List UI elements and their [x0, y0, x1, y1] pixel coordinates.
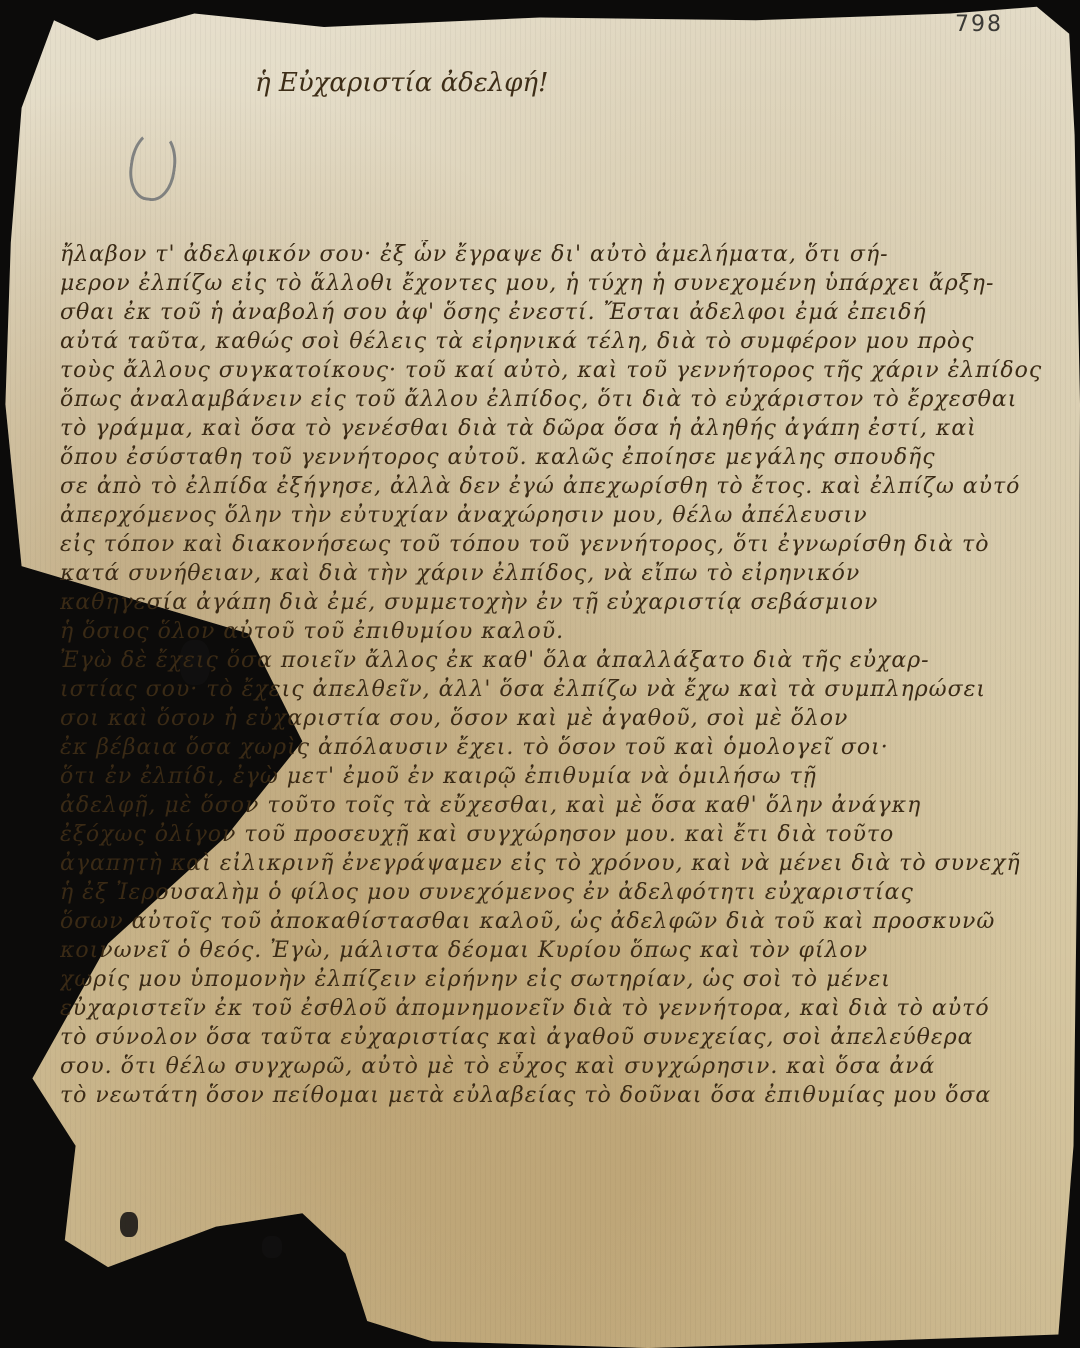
text-line: ὅσων αὐτοῖς τοῦ ἀποκαθίστασθαι καλοῦ, ὡς…	[60, 907, 1070, 936]
text-line: ἐξόχως ὀλίγον τοῦ προσευχῇ καὶ συγχώρησο…	[60, 820, 1070, 849]
folio-number: 798	[955, 12, 1003, 37]
text-line: σε ἀπὸ τὸ ἐλπίδα ἐξήγησε, ἀλλὰ δεν ἐγώ ἀ…	[60, 472, 1070, 501]
text-line: ἀγαπητὴ καὶ εἰλικρινῆ ἐνεγράψαμεν εἰς τὸ…	[60, 849, 1070, 878]
text-line: αὐτά ταῦτα, καθώς σοὶ θέλεις τὰ εἰρηνικά…	[60, 327, 1070, 356]
ink-stain	[120, 1212, 138, 1237]
text-line: ὅπως ἀναλαμβάνειν εἰς τοῦ ἄλλου ἐλπίδος,…	[60, 385, 1070, 414]
text-line: σου. ὅτι θέλω συγχωρῶ, αὐτὸ μὲ τὸ εὖχος …	[60, 1052, 1070, 1081]
text-line: εἰς τόπον καὶ διακονήσεως τοῦ τόπου τοῦ …	[60, 530, 1070, 559]
text-line: κοινωνεῖ ὁ θεός. Ἐγὼ, μάλιστα δέομαι Κυρ…	[60, 936, 1070, 965]
text-line: ἐκ βέβαια ὅσα χωρὶς ἀπόλαυσιν ἔχει. τὸ ὅ…	[60, 733, 1070, 762]
text-line: ἀδελφῇ, μὲ ὅσον τοῦτο τοῖς τὰ εὔχεσθαι, …	[60, 791, 1070, 820]
text-line: ἡ ὅσιος ὅλον αὐτοῦ τοῦ ἐπιθυμίου καλοῦ.	[60, 617, 1070, 646]
text-line: ὅτι ἐν ἐλπίδι, ἐγὼ μετ' ἐμοῦ ἐν καιρῷ ἐπ…	[60, 762, 1070, 791]
text-line: ὅπου ἐσύσταθη τοῦ γεννήτορος αὐτοῦ. καλῶ…	[60, 443, 1070, 472]
letter-body: ἤλαβον τ' ἀδελφικόν σου· ἐξ ὧν ἔγραψε δι…	[60, 240, 1070, 1110]
text-line: Ἐγὼ δὲ ἔχεις ὅσα ποιεῖν ἄλλος ἐκ καθ' ὅλ…	[60, 646, 1070, 675]
text-line: εὐχαριστεῖν ἐκ τοῦ ἐσθλοῦ ἀπομνημονεῖν δ…	[60, 994, 1070, 1023]
text-line: τοὺς ἄλλους συγκατοίκους· τοῦ καί αὐτὸ, …	[60, 356, 1070, 385]
text-line: χωρίς μου ὑπομονὴν ἐλπίζειν εἰρήνην εἰς …	[60, 965, 1070, 994]
text-line: καθηγεσία ἀγάπη διὰ ἐμέ, συμμετοχὴν ἐν τ…	[60, 588, 1070, 617]
text-line: τὸ γράμμα, καὶ ὅσα τὸ γενέσθαι διὰ τὰ δῶ…	[60, 414, 1070, 443]
text-line: μερον ἐλπίζω εἰς τὸ ἅλλοθι ἔχοντες μου, …	[60, 269, 1070, 298]
text-line: ἤλαβον τ' ἀδελφικόν σου· ἐξ ὧν ἔγραψε δι…	[60, 240, 1070, 269]
text-line: ἀπερχόμενος ὅλην τὴν εὐτυχίαν ἀναχώρησιν…	[60, 501, 1070, 530]
ink-stain	[262, 1236, 282, 1258]
text-line: τὸ νεωτάτη ὅσον πείθομαι μετὰ εὐλαβείας …	[60, 1081, 1070, 1110]
text-line: σοι καὶ ὅσον ἡ εὐχαριστία σου, ὅσον καὶ …	[60, 704, 1070, 733]
text-line: κατά συνήθειαν, καὶ διὰ τὴν χάριν ἐλπίδο…	[60, 559, 1070, 588]
text-line: σθαι ἐκ τοῦ ἡ ἀναβολή σου ἀφ' ὅσης ἐνεστ…	[60, 298, 1070, 327]
text-line: ἡ ἐξ Ἰερουσαλὴμ ὁ φίλος μου συνεχόμενος …	[60, 878, 1070, 907]
salutation: ἡ Εὐχαριστία ἀδελφή!	[255, 68, 548, 98]
text-line: τὸ σύνολον ὅσα ταῦτα εὐχαριστίας καὶ ἀγα…	[60, 1023, 1070, 1052]
text-line: ιστίας σου· τὸ ἔχεις ἀπελθεῖν, ἀλλ' ὅσα …	[60, 675, 1070, 704]
